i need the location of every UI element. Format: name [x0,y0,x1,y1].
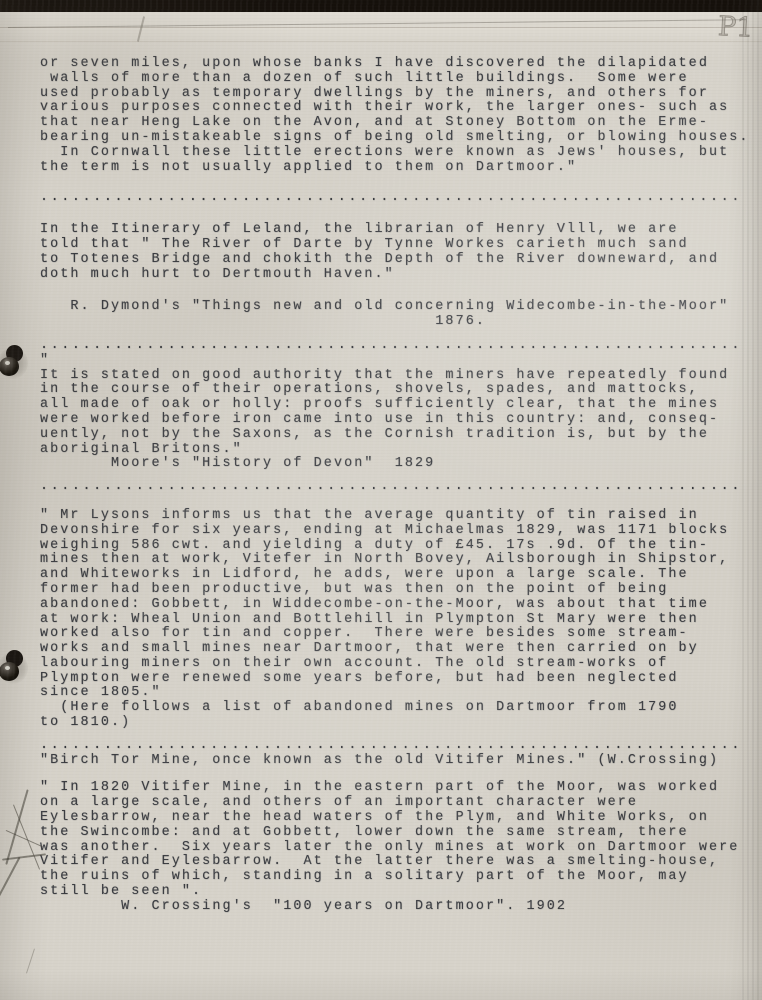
stud-knob [0,357,19,376]
document-page: P1 or seven miles, upon whose banks I ha… [0,0,762,1000]
binder-stud-bottom [0,650,30,686]
line-birch-tor: "Birch Tor Mine, once known as the old V… [40,754,762,769]
binder-stud-top [0,345,30,381]
dotted-separator: ........................................… [40,339,762,354]
pencil-scratch [0,857,20,935]
typewritten-text-body: or seven miles, upon whose banks I have … [40,57,762,915]
pencil-scratch [26,948,35,973]
paragraph-leland: In the Itinerary of Leland, the libraria… [40,223,762,282]
paragraph-lysons: " Mr Lysons informs us that the average … [40,509,762,731]
binder-top-edge [0,0,762,12]
stud-knob [0,662,19,681]
underlying-page-edge [0,28,762,42]
attribution-dymond: R. Dymond's "Things new and old concerni… [40,300,762,330]
stud-highlight [5,361,10,365]
paragraph-crossing: " In 1820 Vitifer Mine, in the eastern p… [40,781,762,914]
dotted-separator: ........................................… [40,739,762,754]
paragraph-miners-tools: " It is stated on good authority that th… [40,354,762,472]
stud-highlight [5,666,10,670]
handwritten-page-mark: P1 [717,11,759,47]
dotted-separator: ........................................… [40,191,762,206]
pencil-scratch [5,789,28,864]
paragraph-blowing-houses: or seven miles, upon whose banks I have … [40,57,762,175]
dotted-separator: ........................................… [40,480,762,495]
